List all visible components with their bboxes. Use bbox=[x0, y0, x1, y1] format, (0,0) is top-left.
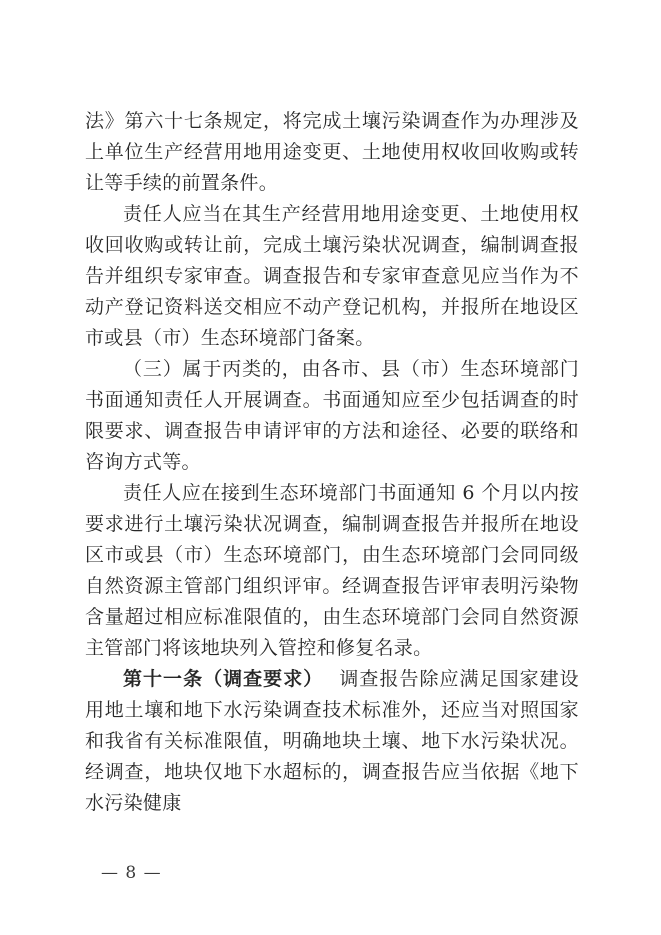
paragraph-six-month-requirement: 责任人应在接到生态环境部门书面通知 6 个月以内按要求进行土壤污染状况调查，编制… bbox=[85, 478, 579, 664]
article-11-heading: 第十一条（调查要求） bbox=[123, 668, 339, 690]
paragraph-responsible-person-duty: 责任人应当在其生产经营用地用途变更、土地使用权收回收购或转让前，完成土壤污染状况… bbox=[85, 199, 579, 354]
paragraph-category-c: （三）属于丙类的，由各市、县（市）生态环境部门书面通知责任人开展调查。书面通知应… bbox=[85, 354, 579, 478]
page-number: — 8 — bbox=[101, 862, 162, 884]
document-body: 法》第六十七条规定，将完成土壤污染调查作为办理涉及上单位生产经营用地用途变更、土… bbox=[85, 106, 579, 819]
document-page: 法》第六十七条规定，将完成土壤污染调查作为办理涉及上单位生产经营用地用途变更、土… bbox=[0, 0, 661, 935]
paragraph-continuation: 法》第六十七条规定，将完成土壤污染调查作为办理涉及上单位生产经营用地用途变更、土… bbox=[85, 106, 579, 199]
paragraph-article-11: 第十一条（调查要求）调查报告除应满足国家建设用地土壤和地下水污染调查技术标准外，… bbox=[85, 664, 579, 819]
